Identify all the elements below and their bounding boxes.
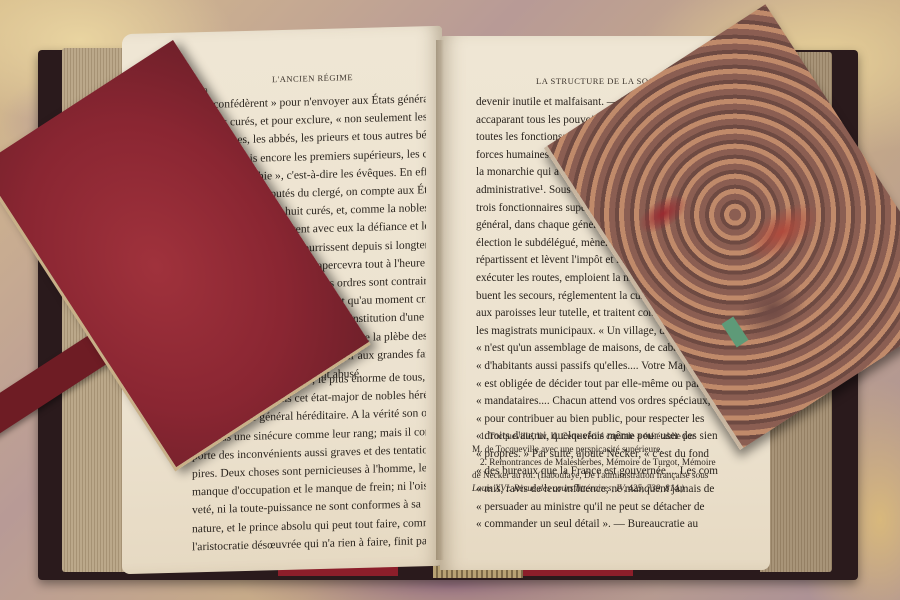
book-gutter [436,40,444,560]
footnote-line: 1. Tocqueville, liv. II. Cette vérité ca… [472,430,722,443]
text-line: « persuader au ministre qu'il ne peut se… [476,499,718,517]
text-line: « commander un seul détail ». — Bureaucr… [476,516,718,534]
text-line: « est obligée de décider tout par elle-m… [476,376,718,394]
footnote-line: de Necker au roi. (Laboulaye, De l'admin… [472,469,722,482]
text-line: « pour contribuer au bien public, pour r… [476,411,718,429]
footnote-line: Louis XVI. Revue des cours littéraires, … [472,482,722,495]
footnote-line: 2. Remontrances de Malesherbes, Mémoire … [472,456,722,469]
footnote-line: M. de Tocqueville avec une perspicacité … [472,443,722,456]
running-head: L'ANCIEN RÉGIME [272,72,353,84]
footnotes: 1. Tocqueville, liv. II. Cette vérité ca… [472,430,722,495]
photo-scene: 120 L'ANCIEN RÉGIME « se confédèrent » p… [0,0,900,600]
text-line: « mandataires.... Chacun attend vos ordr… [476,393,718,411]
